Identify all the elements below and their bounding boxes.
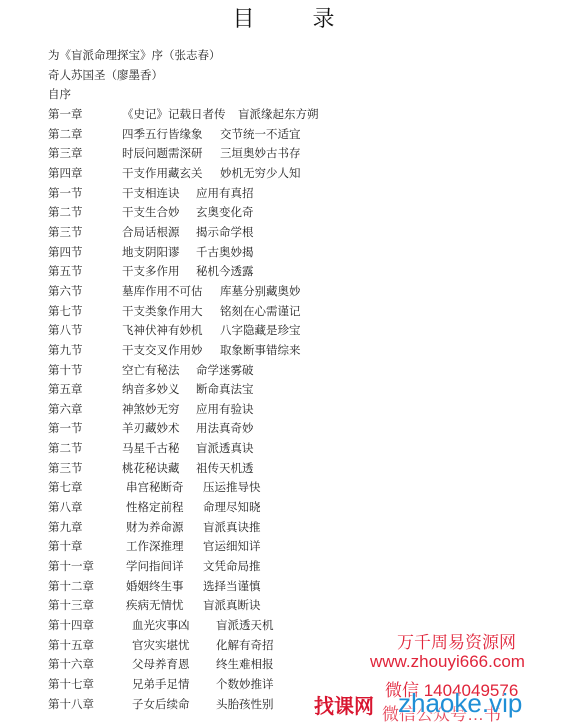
toc-entry-title-part-1: 干支生合妙 — [122, 203, 180, 223]
toc-entry-title-part-2: 铭刻在心需谨记 — [220, 302, 301, 322]
toc-entry[interactable]: 第九章财为养命源盲派真诀推 — [48, 518, 567, 538]
toc-entry-title-part-2: 命学迷雾破 — [196, 361, 254, 381]
toc-entry-number: 第五章 — [48, 380, 83, 400]
toc-entry-number: 第七章 — [48, 478, 83, 498]
toc-entry-number: 第七节 — [48, 302, 83, 322]
toc-entry-title-part-2: 终生难相报 — [216, 655, 274, 675]
toc-entry[interactable]: 第十章工作深推理官运细知详 — [48, 537, 567, 557]
toc-entry[interactable]: 第十三章疾病无情忧盲派真断诀 — [48, 596, 567, 616]
toc-entry[interactable]: 第六节墓库作用不可估库墓分别藏奥妙 — [48, 282, 567, 302]
toc-entry-title-part-1: 纳音多妙义 — [122, 380, 180, 400]
toc-entry-title-part-1: 干支交叉作用妙 — [122, 341, 203, 361]
toc-entry-title-part-1: 串宫秘断奇 — [126, 478, 184, 498]
toc-entry-title-part-1: 地支阴阳谬 — [122, 243, 180, 263]
toc-entry[interactable]: 第三节桃花秘诀藏祖传天机透 — [48, 459, 567, 479]
toc-entry-number: 第六节 — [48, 282, 83, 302]
toc-entry-title-part-2: 盲派透天机 — [216, 616, 274, 636]
toc-entry-number: 第三节 — [48, 223, 83, 243]
toc-entry-title-part-1: 飞神伏神有妙机 — [122, 321, 203, 341]
front-matter-item[interactable]: 自序 — [48, 85, 567, 105]
watermark-site-url: www.zhouyi666.com — [370, 652, 525, 672]
toc-entry-number: 第十一章 — [48, 557, 94, 577]
toc-entry-title-part-2: 盲派缘起东方朔 — [238, 105, 319, 125]
toc-entry-title-part-2: 八字隐藏是珍宝 — [220, 321, 301, 341]
toc-entry-title-part-2: 应用有真招 — [196, 184, 254, 204]
watermark-overlay-cn: 找课网 — [314, 690, 374, 719]
toc-entry-number: 第十八章 — [48, 695, 94, 715]
toc-entry-number: 第五节 — [48, 262, 83, 282]
table-of-contents: 为《盲派命理探宝》序（张志春）奇人苏国圣（廖墨香）自序 第一章《史记》记载日者传… — [48, 46, 567, 714]
toc-entry-number: 第十七章 — [48, 675, 94, 695]
toc-entry-title-part-2: 盲派真诀推 — [203, 518, 261, 538]
page-title: 目 录 — [0, 2, 567, 33]
toc-entry-title-part-1: 《史记》记载日者传 — [122, 105, 226, 125]
toc-entry[interactable]: 第一节干支相连诀应用有真招 — [48, 184, 567, 204]
toc-entry[interactable]: 第十二章婚姻终生事选择当谨慎 — [48, 577, 567, 597]
toc-entry-title-part-1: 财为养命源 — [126, 518, 184, 538]
toc-entry-number: 第四章 — [48, 164, 83, 184]
toc-entry-title-part-2: 取象断事错综来 — [220, 341, 301, 361]
front-matter-label: 奇人苏国圣（廖墨香） — [48, 68, 163, 82]
toc-entry-title-part-1: 婚姻终生事 — [126, 577, 184, 597]
toc-entry-title-part-2: 三垣奥妙古书存 — [220, 144, 301, 164]
toc-entry-title-part-2: 千古奥妙揭 — [196, 243, 254, 263]
toc-entry-number: 第一节 — [48, 184, 83, 204]
toc-entry-number: 第一章 — [48, 105, 83, 125]
toc-entry-number: 第三节 — [48, 459, 83, 479]
toc-entry-title-part-1: 四季五行皆缘象 — [122, 125, 203, 145]
toc-entry-number: 第十六章 — [48, 655, 94, 675]
toc-entry[interactable]: 第七章串宫秘断奇压运推导快 — [48, 478, 567, 498]
toc-entry-title-part-2: 妙机无穷少人知 — [220, 164, 301, 184]
toc-entry-title-part-2: 头胎孩性别 — [216, 695, 274, 715]
toc-entry-title-part-2: 盲派真断诀 — [203, 596, 261, 616]
toc-entry-title-part-2: 文凭命局推 — [203, 557, 261, 577]
watermark-overlay-url: zhaoke.vip — [398, 688, 522, 719]
toc-entry[interactable]: 第八节飞神伏神有妙机八字隐藏是珍宝 — [48, 321, 567, 341]
toc-entry[interactable]: 第四章干支作用藏玄关妙机无穷少人知 — [48, 164, 567, 184]
toc-entry-title-part-2: 用法真奇妙 — [196, 419, 254, 439]
toc-entry-number: 第十二章 — [48, 577, 94, 597]
front-matter-item[interactable]: 奇人苏国圣（廖墨香） — [48, 66, 567, 86]
toc-entry-title-part-1: 墓库作用不可估 — [122, 282, 203, 302]
front-matter: 为《盲派命理探宝》序（张志春）奇人苏国圣（廖墨香）自序 — [48, 46, 567, 105]
toc-entry-title-part-1: 血光灾事凶 — [132, 616, 190, 636]
toc-entry-title-part-1: 父母养育恩 — [132, 655, 190, 675]
toc-entry-title-part-2: 化解有奇招 — [216, 636, 274, 656]
toc-entry-title-part-1: 疾病无情忧 — [126, 596, 184, 616]
toc-entry-title-part-2: 玄奥变化奇 — [196, 203, 254, 223]
toc-entry-number: 第八节 — [48, 321, 83, 341]
toc-entry-number: 第十三章 — [48, 596, 94, 616]
front-matter-label: 为《盲派命理探宝》序（张志春） — [48, 48, 221, 62]
toc-entry-number: 第九章 — [48, 518, 83, 538]
toc-entry-number: 第十章 — [48, 537, 83, 557]
toc-entry[interactable]: 第六章神煞妙无穷应用有验诀 — [48, 400, 567, 420]
toc-entry-number: 第四节 — [48, 243, 83, 263]
toc-entry-title-part-1: 干支多作用 — [122, 262, 180, 282]
toc-entry-title-part-1: 神煞妙无穷 — [122, 400, 180, 420]
toc-entry-number: 第十四章 — [48, 616, 94, 636]
toc-entry-number: 第三章 — [48, 144, 83, 164]
toc-entry-title-part-2: 压运推导快 — [203, 478, 261, 498]
toc-entry-title-part-2: 官运细知详 — [203, 537, 261, 557]
toc-entry-title-part-2: 命理尽知晓 — [203, 498, 261, 518]
toc-entry-title-part-2: 个数妙推详 — [216, 675, 274, 695]
toc-entry-title-part-1: 干支作用藏玄关 — [122, 164, 203, 184]
toc-entry-title-part-1: 工作深推理 — [126, 537, 184, 557]
toc-entry[interactable]: 第五章纳音多妙义断命真法宝 — [48, 380, 567, 400]
front-matter-item[interactable]: 为《盲派命理探宝》序（张志春） — [48, 46, 567, 66]
toc-entry-number: 第六章 — [48, 400, 83, 420]
toc-entry-title-part-1: 羊刃藏妙术 — [122, 419, 180, 439]
toc-entry-title-part-1: 干支类象作用大 — [122, 302, 203, 322]
toc-entry-title-part-2: 交节统一不适宜 — [220, 125, 301, 145]
toc-entry-number: 第二章 — [48, 125, 83, 145]
toc-entry[interactable]: 第十一章学问指间详文凭命局推 — [48, 557, 567, 577]
toc-entry[interactable]: 第三节合局话根源揭示命学根 — [48, 223, 567, 243]
toc-entry-title-part-1: 干支相连诀 — [122, 184, 180, 204]
toc-entry[interactable]: 第二节马星千古秘盲派透真诀 — [48, 439, 567, 459]
toc-entry[interactable]: 第四节地支阴阳谬千古奥妙揭 — [48, 243, 567, 263]
toc-entry-title-part-1: 兄弟手足情 — [132, 675, 190, 695]
toc-entry-title-part-1: 学问指间详 — [126, 557, 184, 577]
toc-entry[interactable]: 第五节干支多作用秘机今透露 — [48, 262, 567, 282]
toc-entry-title-part-2: 选择当谨慎 — [203, 577, 261, 597]
toc-entry-title-part-2: 库墓分别藏奥妙 — [220, 282, 301, 302]
toc-entry[interactable]: 第三章时辰问题需深研三垣奥妙古书存 — [48, 144, 567, 164]
toc-entry-title-part-2: 盲派透真诀 — [196, 439, 254, 459]
toc-entry-title-part-2: 祖传天机透 — [196, 459, 254, 479]
watermark-site-name: 万千周易资源网 — [397, 628, 516, 653]
toc-entry-number: 第一节 — [48, 419, 83, 439]
toc-entry[interactable]: 第七节干支类象作用大铭刻在心需谨记 — [48, 302, 567, 322]
toc-entry-title-part-1: 性格定前程 — [126, 498, 184, 518]
toc-entry[interactable]: 第一章《史记》记载日者传盲派缘起东方朔 — [48, 105, 567, 125]
toc-entry-title-part-1: 时辰问题需深研 — [122, 144, 203, 164]
toc-entry-number: 第二节 — [48, 203, 83, 223]
toc-entry-number: 第十节 — [48, 361, 83, 381]
front-matter-label: 自序 — [48, 87, 71, 101]
toc-entry[interactable]: 第一节羊刃藏妙术用法真奇妙 — [48, 419, 567, 439]
toc-entry-number: 第八章 — [48, 498, 83, 518]
toc-entry[interactable]: 第十节空亡有秘法命学迷雾破 — [48, 361, 567, 381]
toc-entry-title-part-1: 马星千古秘 — [122, 439, 180, 459]
toc-entry-title-part-2: 断命真法宝 — [196, 380, 254, 400]
toc-entry[interactable]: 第二章四季五行皆缘象交节统一不适宜 — [48, 125, 567, 145]
toc-entry-title-part-2: 揭示命学根 — [196, 223, 254, 243]
toc-entry-title-part-1: 合局话根源 — [122, 223, 180, 243]
toc-entry-title-part-1: 桃花秘诀藏 — [122, 459, 180, 479]
toc-entry[interactable]: 第九节干支交叉作用妙取象断事错综来 — [48, 341, 567, 361]
toc-entries: 第一章《史记》记载日者传盲派缘起东方朔第二章四季五行皆缘象交节统一不适宜第三章时… — [48, 105, 567, 714]
toc-entry-number: 第十五章 — [48, 636, 94, 656]
toc-entry-title-part-2: 应用有验诀 — [196, 400, 254, 420]
toc-entry-title-part-1: 子女后续命 — [132, 695, 190, 715]
toc-entry-title-part-1: 空亡有秘法 — [122, 361, 180, 381]
toc-entry[interactable]: 第二节干支生合妙玄奥变化奇 — [48, 203, 567, 223]
toc-entry-number: 第二节 — [48, 439, 83, 459]
toc-entry-number: 第九节 — [48, 341, 83, 361]
toc-entry-title-part-2: 秘机今透露 — [196, 262, 254, 282]
toc-entry-title-part-1: 官灾实堪忧 — [132, 636, 190, 656]
toc-entry[interactable]: 第八章性格定前程命理尽知晓 — [48, 498, 567, 518]
